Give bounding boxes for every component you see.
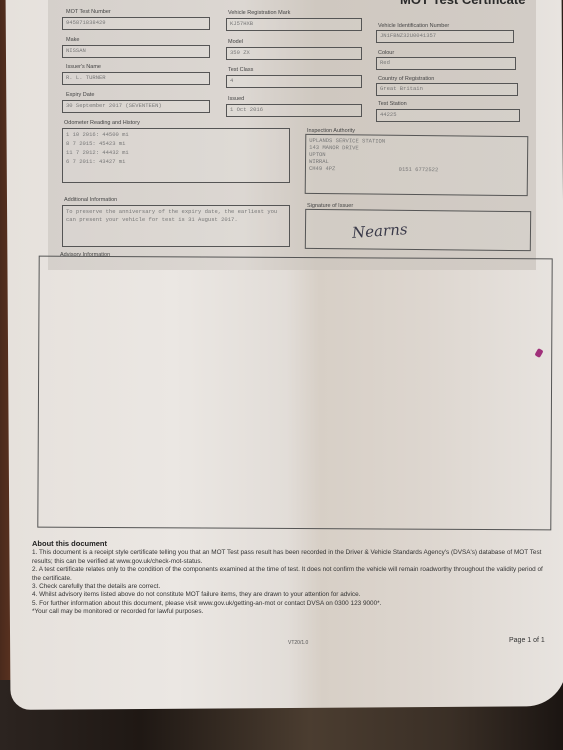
- test-class-label: Test Class: [228, 67, 253, 73]
- about-item-1: 1. This document is a receipt style cert…: [32, 549, 552, 566]
- about-item-4: 4. Whilst advisory items listed above do…: [32, 591, 552, 599]
- test-station-label: Test Station: [378, 101, 407, 107]
- odometer-entry: 1 10 2016: 44500 mi: [66, 131, 286, 138]
- expiry-date-field: 30 September 2017 (SEVENTEEN): [62, 100, 210, 113]
- odometer-label: Odometer Reading and History: [64, 120, 140, 126]
- vin-field: JN1FBNZ32U0041357: [376, 30, 514, 43]
- issuers-name-field: R. L. TURNER: [62, 72, 210, 85]
- test-class-field: 4: [226, 75, 362, 88]
- signature-box: [305, 209, 531, 251]
- colour-field: Red: [376, 57, 516, 70]
- form-code: VT20/1.0: [288, 640, 308, 646]
- authority-line: CH49 4PZ 0151 6772522: [309, 165, 524, 174]
- country-label: Country of Registration: [378, 76, 434, 82]
- model-label: Model: [228, 39, 243, 45]
- additional-info-label: Additional Information: [64, 197, 117, 203]
- registration-mark-label: Vehicle Registration Mark: [228, 10, 290, 16]
- vin-label: Vehicle Identification Number: [378, 23, 449, 29]
- about-item-3: 3. Check carefully that the details are …: [32, 583, 552, 591]
- page-number: Page 1 of 1: [509, 637, 545, 644]
- about-section: About this document 1. This document is …: [32, 540, 552, 617]
- issuers-name-label: Issuer's Name: [66, 64, 101, 70]
- inspection-authority-box: UPLANDS SERVICE STATION 143 MANOR DRIVE …: [305, 134, 529, 196]
- about-title: About this document: [32, 540, 552, 548]
- country-field: Great Britain: [376, 83, 518, 96]
- about-item-2: 2. A test certificate relates only to th…: [32, 566, 552, 583]
- issued-field: 1 Oct 2016: [226, 104, 362, 117]
- odometer-entry: 11 7 2012: 44432 mi: [66, 149, 286, 156]
- make-label: Make: [66, 37, 79, 43]
- registration-mark-field: KJ57HXB: [226, 18, 362, 31]
- mot-test-number-label: MOT Test Number: [66, 9, 111, 15]
- make-field: NISSAN: [62, 45, 210, 58]
- additional-info-box: To preserve the anniversary of the expir…: [62, 205, 290, 247]
- advisory-information-box: [37, 256, 552, 531]
- model-field: 350 ZX: [226, 47, 362, 60]
- odometer-entry: 6 7 2011: 43427 mi: [66, 158, 286, 165]
- authority-postcode: CH49 4PZ: [309, 165, 335, 172]
- colour-label: Colour: [378, 50, 394, 56]
- about-item-5: 5. For further information about this do…: [32, 600, 552, 608]
- mot-test-number-field: 945871838429: [62, 17, 210, 30]
- odometer-entry: 8 7 2015: 45423 mi: [66, 140, 286, 147]
- test-station-field: 44225: [376, 109, 520, 122]
- document-title: MOT Test Certificate: [400, 0, 525, 7]
- authority-phone: 0151 6772522: [399, 166, 439, 173]
- expiry-date-label: Expiry Date: [66, 92, 94, 98]
- issued-label: Issued: [228, 96, 244, 102]
- about-footnote: *Your call may be monitored or recorded …: [32, 608, 552, 616]
- issuer-signature: Nearns: [351, 220, 408, 242]
- odometer-history-box: 1 10 2016: 44500 mi 8 7 2015: 45423 mi 1…: [62, 128, 290, 183]
